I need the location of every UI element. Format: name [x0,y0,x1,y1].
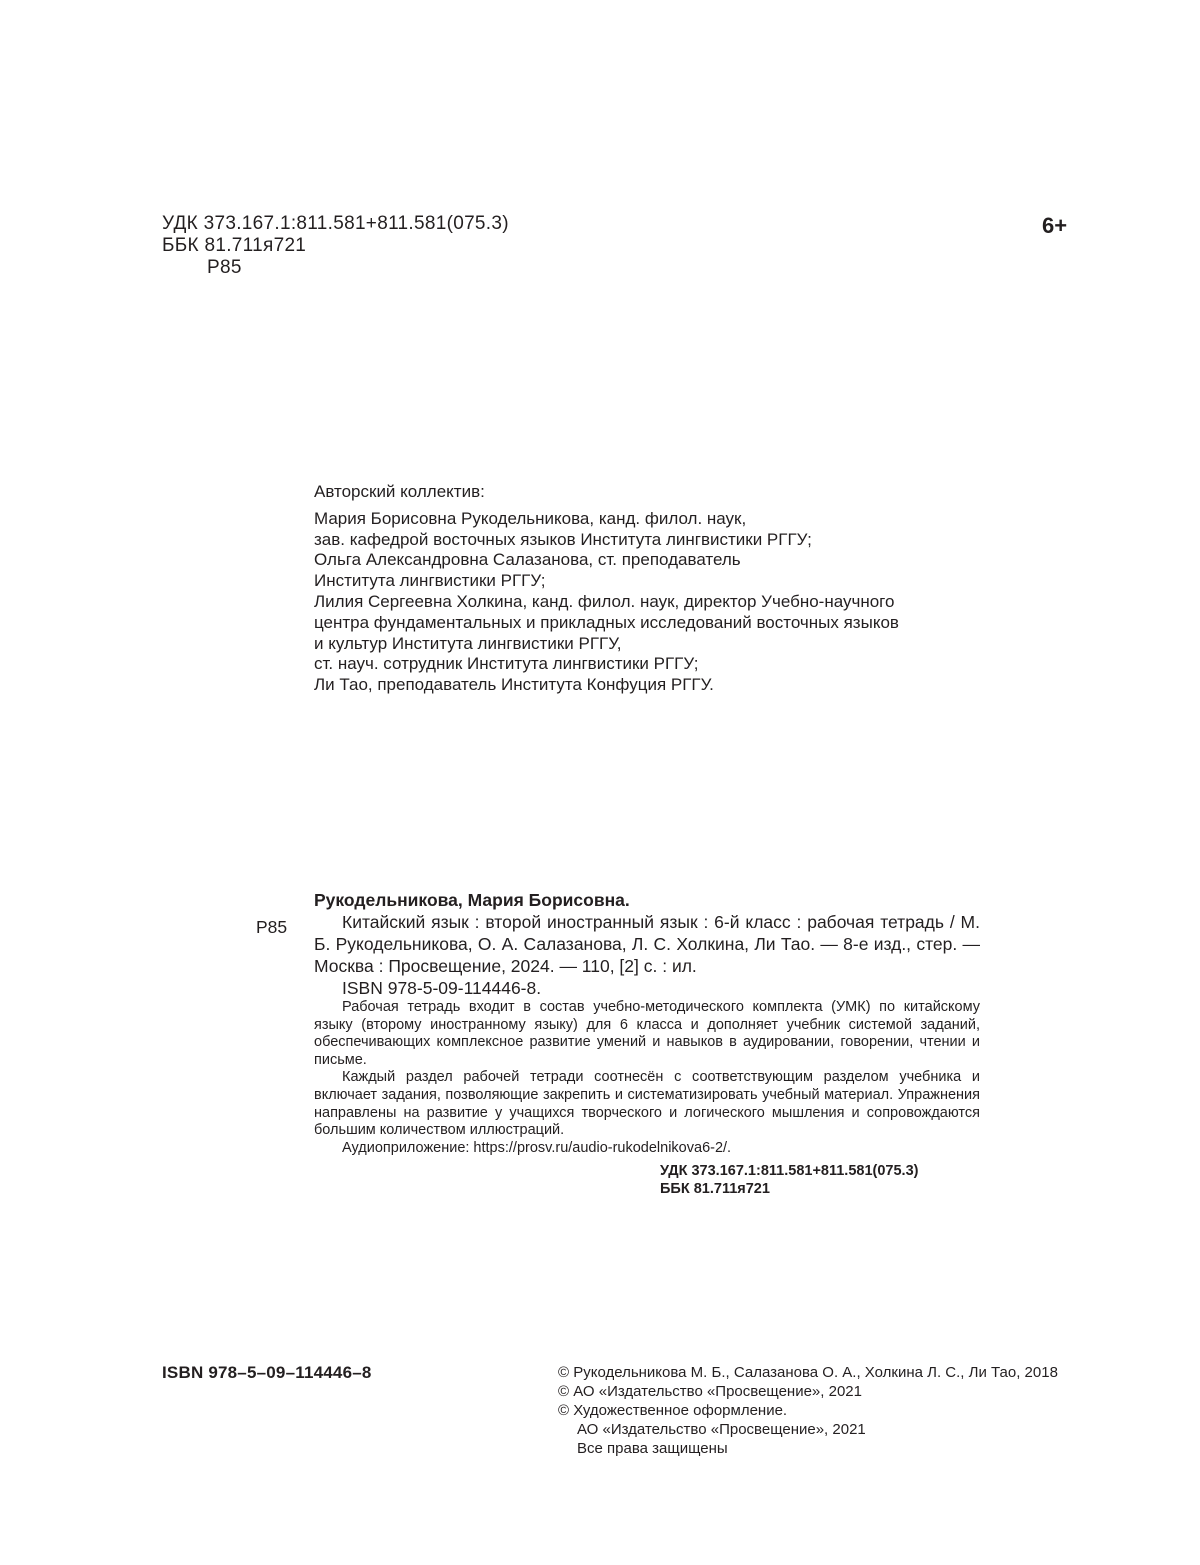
copyright-line: © Рукодельникова М. Б., Салазанова О. А.… [558,1363,1058,1382]
udk-code: УДК 373.167.1:811.581+811.581(075.3) [162,213,509,235]
authors-heading: Авторский коллектив: [314,482,899,503]
author-line: Ольга Александровна Салазанова, ст. преп… [314,550,899,571]
copyright-block: © Рукодельникова М. Б., Салазанова О. А.… [558,1363,1058,1458]
annotation-paragraph: Каждый раздел рабочей тетради соотнесён … [314,1069,980,1139]
author-line: Лилия Сергеевна Холкина, канд. филол. на… [314,592,899,613]
main-author: Рукодельникова, Мария Борисовна. [314,889,980,911]
catalog-mark: Р85 [162,257,509,279]
record-udk: УДК 373.167.1:811.581+811.581(075.3) [660,1163,980,1181]
copyright-line: © Художественное оформление. [558,1401,1058,1420]
bibliographic-description: Китайский язык : второй иностранный язык… [314,911,980,977]
author-line: центра фундаментальных и прикладных иссл… [314,613,899,634]
authors-block: Авторский коллектив: Мария Борисовна Рук… [314,482,899,696]
author-line: ст. науч. сотрудник Института лингвистик… [314,654,899,675]
age-rating: 6+ [1042,213,1067,239]
author-line: Института лингвистики РГГУ; [314,571,899,592]
copyright-line: АО «Издательство «Просвещение», 2021 [558,1420,1058,1439]
rights-reserved: Все права защищены [558,1439,1058,1458]
bibliographic-record: Рукодельникова, Мария Борисовна. Китайск… [314,889,980,1199]
bibliographic-catalog-mark: Р85 [256,917,287,938]
annotation-paragraph: Рабочая тетрадь входит в состав учебно-м… [314,999,980,1069]
copyright-line: © АО «Издательство «Просвещение», 2021 [558,1382,1058,1401]
author-line: зав. кафедрой восточных языков Института… [314,530,899,551]
author-line: Ли Тао, преподаватель Института Конфуция… [314,675,899,696]
record-isbn: ISBN 978-5-09-114446-8. [314,977,980,999]
author-line: и культур Института лингвистики РГГУ, [314,634,899,655]
bbk-code: ББК 81.711я721 [162,235,509,257]
record-bbk: ББК 81.711я721 [660,1181,980,1199]
record-codes: УДК 373.167.1:811.581+811.581(075.3) ББК… [314,1163,980,1198]
audio-supplement-link: Аудиоприложение: https://prosv.ru/audio-… [314,1140,980,1158]
author-line: Мария Борисовна Рукодельникова, канд. фи… [314,509,899,530]
classification-block: УДК 373.167.1:811.581+811.581(075.3) ББК… [162,213,509,279]
footer-isbn: ISBN 978–5–09–114446–8 [162,1363,372,1383]
